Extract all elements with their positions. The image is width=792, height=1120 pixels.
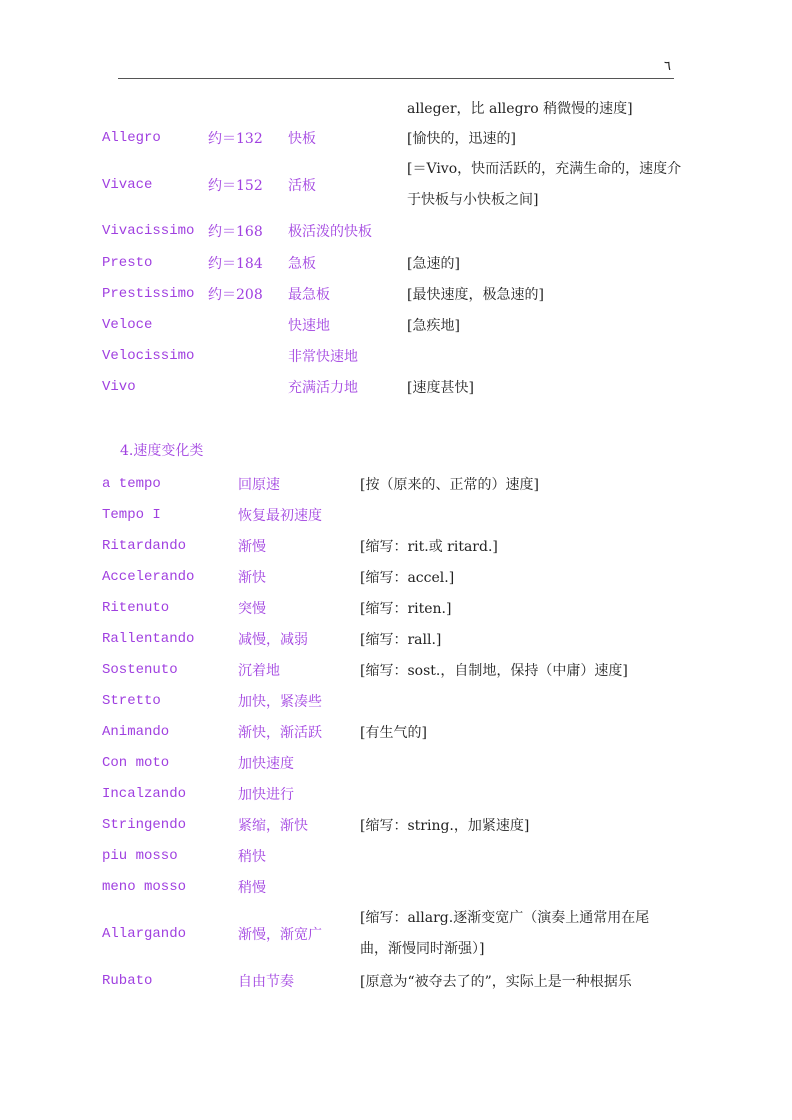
term-row: Rubato 自由节奏 [原意为“被夺去了的”，实际上是一种根据乐 — [0, 973, 792, 1004]
bpm: 约＝184 — [208, 253, 263, 273]
term: Con moto — [102, 755, 169, 771]
term: Vivacissimo — [102, 223, 194, 239]
meaning: 稍慢 — [238, 877, 266, 897]
term-row: Stringendo 紧缩，渐快 [缩写：string.，加紧速度] — [0, 817, 792, 848]
description: [有生气的] — [360, 722, 427, 742]
term: Vivace — [102, 177, 152, 193]
term-row: piu mosso 稍快 — [0, 848, 792, 879]
term-row: a tempo 回原速 [按（原来的、正常的）速度] — [0, 476, 792, 507]
meaning: 紧缩，渐快 — [238, 815, 308, 835]
meaning: 自由节奏 — [238, 971, 294, 991]
term: Presto — [102, 255, 152, 271]
term-row: Allargando 渐慢，渐宽广 [缩写：allarg.逐渐变宽广（演奏上通常… — [0, 926, 792, 957]
description: [缩写：rall.] — [360, 629, 441, 649]
term-row: Prestissimo 约＝208 最急板 [最快速度，极急速的] — [0, 286, 792, 317]
meaning: 渐快 — [238, 567, 266, 587]
bpm: 约＝208 — [208, 284, 263, 304]
description: [原意为“被夺去了的”，实际上是一种根据乐 — [360, 971, 632, 991]
meaning: 快板 — [288, 128, 316, 148]
term-row: Veloce 快速地 [急疾地] — [0, 317, 792, 348]
meaning: 加快，紧凑些 — [238, 691, 322, 711]
term-row: Tempo I 恢复最初速度 — [0, 507, 792, 538]
term: Rallentando — [102, 631, 194, 647]
meaning: 急板 — [288, 253, 316, 273]
term: Tempo I — [102, 507, 161, 523]
meaning: 沉着地 — [238, 660, 280, 680]
term-row: Allegro 约＝132 快板 [愉快的，迅速的] — [0, 130, 792, 161]
meaning: 渐慢 — [238, 536, 266, 556]
term-row: Vivo 充满活力地 [速度甚快] — [0, 379, 792, 410]
term: Ritardando — [102, 538, 186, 554]
term: a tempo — [102, 476, 161, 492]
term-row: Vivacissimo 约＝168 极活泼的快板 — [0, 223, 792, 254]
term-row: Animando 渐快，渐活跃 [有生气的] — [0, 724, 792, 755]
term-row: Velocissimo 非常快速地 — [0, 348, 792, 379]
term: Allegro — [102, 130, 161, 146]
term: Sostenuto — [102, 662, 178, 678]
term-row: Presto 约＝184 急板 [急速的] — [0, 255, 792, 286]
description: [最快速度，极急速的] — [407, 284, 544, 304]
meaning: 减慢，减弱 — [238, 629, 308, 649]
term-row: meno mosso 稍慢 — [0, 879, 792, 910]
meaning: 非常快速地 — [288, 346, 358, 366]
bpm: 约＝152 — [208, 175, 263, 195]
term: Stringendo — [102, 817, 186, 833]
description-line-1: [＝Vivo，快而活跃的，充满生命的，速度介 — [407, 158, 681, 178]
term-row: Sostenuto 沉着地 [缩写：sost.，自制地，保持（中庸）速度] — [0, 662, 792, 693]
meaning: 充满活力地 — [288, 377, 358, 397]
bpm: 约＝168 — [208, 221, 263, 241]
meaning: 最急板 — [288, 284, 330, 304]
term: Accelerando — [102, 569, 194, 585]
term-row: Incalzando 加快进行 — [0, 786, 792, 817]
description: [愉快的，迅速的] — [407, 128, 516, 148]
description: [速度甚快] — [407, 377, 474, 397]
header-rule — [118, 78, 674, 79]
meaning: 快速地 — [288, 315, 330, 335]
term: Ritenuto — [102, 600, 169, 616]
description: [缩写：rit.或 ritard.] — [360, 536, 498, 556]
description-line-2: 于快板与小快板之间] — [407, 189, 538, 209]
section-title: 4.速度变化类 — [120, 440, 203, 460]
term: Prestissimo — [102, 286, 194, 302]
meaning: 渐快，渐活跃 — [238, 722, 322, 742]
meaning: 极活泼的快板 — [288, 221, 372, 241]
term: Incalzando — [102, 786, 186, 802]
term: piu mosso — [102, 848, 178, 864]
description: [缩写：string.，加紧速度] — [360, 815, 529, 835]
page-number: ٦ — [664, 58, 671, 74]
meaning: 稍快 — [238, 846, 266, 866]
continued-description: alleger，比 allegro 稍微慢的速度] — [407, 98, 633, 118]
term-row: Ritenuto 突慢 [缩写：riten.] — [0, 600, 792, 631]
term: Stretto — [102, 693, 161, 709]
bpm: 约＝132 — [208, 128, 263, 148]
meaning: 突慢 — [238, 598, 266, 618]
description: [缩写：accel.] — [360, 567, 454, 587]
meaning: 活板 — [288, 175, 316, 195]
term-row: Rallentando 减慢，减弱 [缩写：rall.] — [0, 631, 792, 662]
term-row: Con moto 加快速度 — [0, 755, 792, 786]
description: [按（原来的、正常的）速度] — [360, 474, 539, 494]
term-row: Stretto 加快，紧凑些 — [0, 693, 792, 724]
term: Animando — [102, 724, 169, 740]
description: [急疾地] — [407, 315, 460, 335]
term-row: Accelerando 渐快 [缩写：accel.] — [0, 569, 792, 600]
meaning: 加快进行 — [238, 784, 294, 804]
description-line-1: [缩写：allarg.逐渐变宽广（演奏上通常用在尾 — [360, 907, 649, 927]
term: Veloce — [102, 317, 152, 333]
meaning: 渐慢，渐宽广 — [238, 924, 322, 944]
term: Rubato — [102, 973, 152, 989]
description-line-2: 曲，渐慢同时渐强）] — [360, 938, 484, 958]
meaning: 加快速度 — [238, 753, 294, 773]
term: Allargando — [102, 926, 186, 942]
meaning: 回原速 — [238, 474, 280, 494]
term-row: Vivace 约＝152 活板 [＝Vivo，快而活跃的，充满生命的，速度介 于… — [0, 177, 792, 208]
term: Vivo — [102, 379, 136, 395]
term: Velocissimo — [102, 348, 194, 364]
description: [缩写：riten.] — [360, 598, 451, 618]
description: [急速的] — [407, 253, 460, 273]
term-row: Ritardando 渐慢 [缩写：rit.或 ritard.] — [0, 538, 792, 569]
description: [缩写：sost.，自制地，保持（中庸）速度] — [360, 660, 628, 680]
term: meno mosso — [102, 879, 186, 895]
meaning: 恢复最初速度 — [238, 505, 322, 525]
